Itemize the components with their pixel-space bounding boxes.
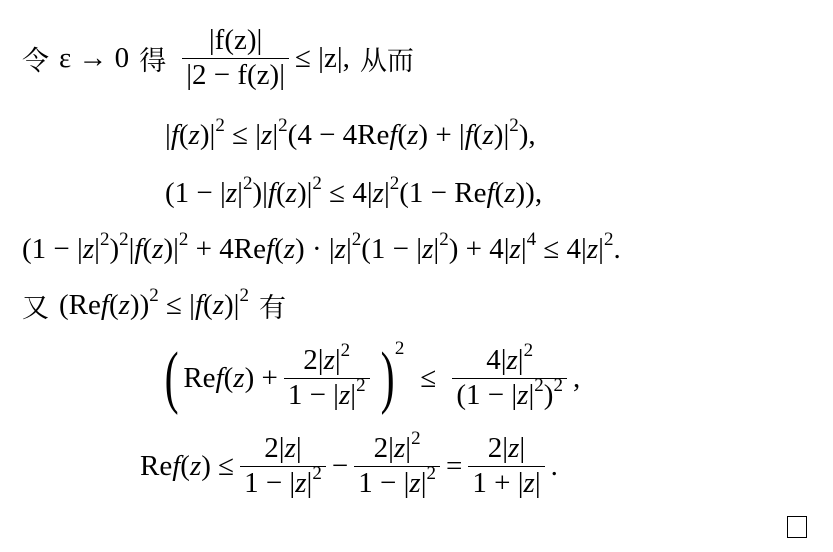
line-5: 又 (Ref(z))2 ≤ |f(z)|2 有 [22, 282, 286, 328]
comma: , [573, 362, 580, 395]
period: . [551, 450, 558, 483]
fraction: 2|z|2 1 − |z|2 [354, 432, 440, 500]
equals-op: = [446, 450, 462, 483]
numerator: 2|z|2 [299, 344, 354, 377]
numerator: 4|z|2 [482, 344, 537, 377]
cjk-text: 令 [22, 39, 49, 78]
minus-op: − [332, 450, 348, 483]
re-part: Ref(z) + [183, 362, 278, 395]
relation: ≤ [420, 362, 436, 395]
line-2: |f(z)|2 ≤ |z|2(4 − 4Ref(z) + |f(z)|2), [165, 112, 536, 158]
fraction: 2|z| 1 + |z| [468, 432, 544, 500]
math-limit: ε → 0 [59, 42, 129, 75]
line-6: ( Ref(z) + 2|z|2 1 − |z|2 ) 2 ≤ 4|z|2 (1… [160, 336, 580, 420]
numerator: 2|z| [260, 432, 305, 465]
line-3: (1 − |z|2)|f(z)|2 ≤ 4|z|2(1 − Ref(z)), [165, 170, 542, 216]
math-relation: ≤ |z|, [295, 42, 350, 75]
fraction: 2|z| 1 − |z|2 [240, 432, 326, 500]
cjk-text: 又 [22, 286, 49, 325]
denominator: (1 − |z|2)2 [452, 379, 567, 412]
left-paren: ( [165, 343, 179, 413]
cjk-text: 从而 [360, 39, 414, 78]
numerator: |f(z)| [205, 24, 266, 57]
denominator: 1 + |z| [468, 467, 544, 500]
fraction: |f(z)| |2 − f(z)| [182, 24, 289, 92]
fraction: 2|z|2 1 − |z|2 [284, 344, 370, 412]
line-7: Ref(z) ≤ 2|z| 1 − |z|2 − 2|z|2 1 − |z|2 … [140, 424, 558, 508]
denominator: 1 − |z|2 [240, 467, 326, 500]
lhs: Ref(z) ≤ [140, 450, 234, 483]
denominator: 1 − |z|2 [284, 379, 370, 412]
line-4: (1 − |z|2)2|f(z)|2 + 4Ref(z) · |z|2(1 − … [22, 226, 621, 272]
equation: |f(z)|2 ≤ |z|2(4 − 4Ref(z) + |f(z)|2), [165, 119, 536, 152]
denominator: 1 − |z|2 [354, 467, 440, 500]
equation: (1 − |z|2)2|f(z)|2 + 4Ref(z) · |z|2(1 − … [22, 233, 621, 266]
right-paren: ) [380, 343, 394, 413]
paren-exponent: 2 [395, 338, 405, 360]
fraction: 4|z|2 (1 − |z|2)2 [452, 344, 567, 412]
cjk-text: 有 [259, 286, 286, 325]
equation: (1 − |z|2)|f(z)|2 ≤ 4|z|2(1 − Ref(z)), [165, 177, 542, 210]
equation: (Ref(z))2 ≤ |f(z)|2 [59, 289, 249, 322]
numerator: 2|z| [484, 432, 529, 465]
qed-square-icon [787, 516, 807, 538]
line-1: 令 ε → 0 得 |f(z)| |2 − f(z)| ≤ |z|, 从而 [22, 10, 414, 106]
denominator: |2 − f(z)| [182, 59, 289, 92]
numerator: 2|z|2 [370, 432, 425, 465]
cjk-text: 得 [139, 39, 166, 78]
